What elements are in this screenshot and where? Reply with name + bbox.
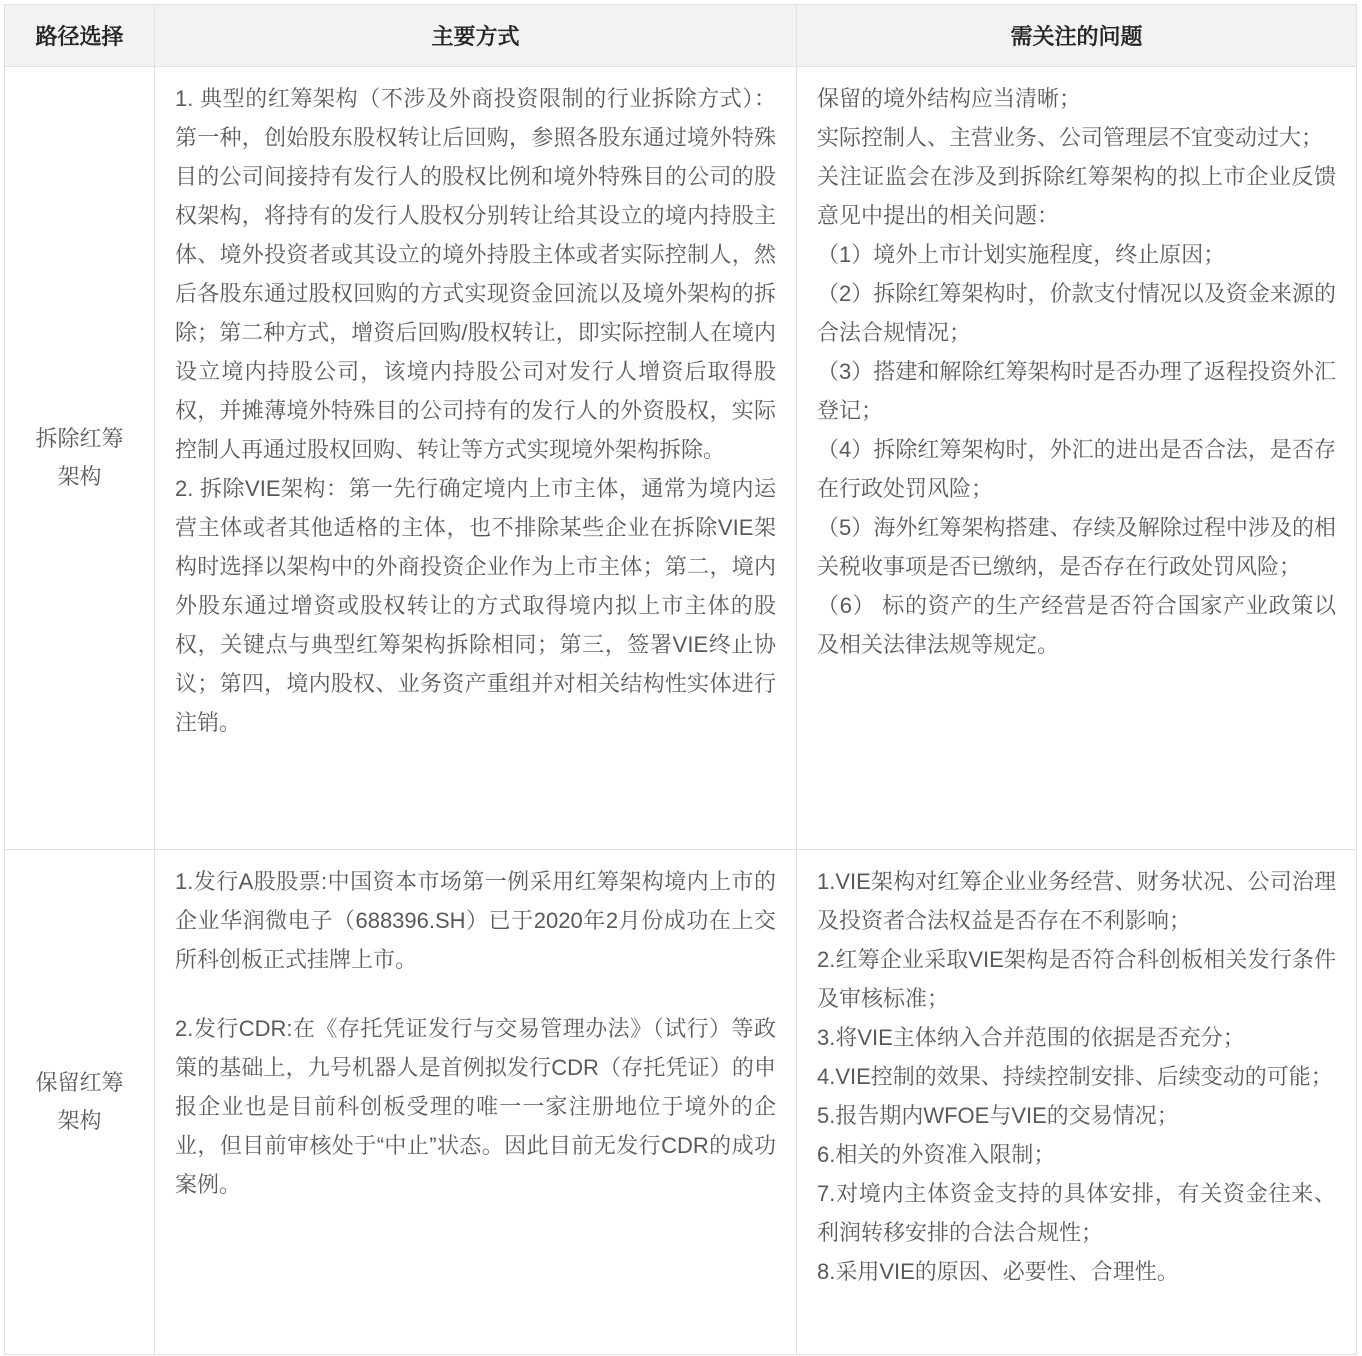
- method-paragraph: 2. 拆除VIE架构：第一先行确定境内上市主体，通常为境内运营主体或者其他适格的…: [175, 469, 776, 742]
- issue-paragraph: 2.红筹企业采取VIE架构是否符合科创板相关发行条件及审核标准；: [817, 940, 1336, 1018]
- issues-cell-dismantle: 保留的境外结构应当清晰； 实际控制人、主营业务、公司管理层不宜变动过大； 关注证…: [797, 67, 1357, 850]
- issue-paragraph: 5.报告期内WFOE与VIE的交易情况；: [817, 1096, 1336, 1135]
- header-main-methods: 主要方式: [155, 5, 797, 67]
- method-paragraph: 1.发行A股股票:中国资本市场第一例采用红筹架构境内上市的企业华润微电子（688…: [175, 862, 776, 979]
- table-row-dismantle-redchip: 拆除红筹架构 1. 典型的红筹架构（不涉及外商投资限制的行业拆除方式）：第一种，…: [5, 67, 1357, 850]
- issue-paragraph: 1.VIE架构对红筹企业业务经营、财务状况、公司治理及投资者合法权益是否存在不利…: [817, 862, 1336, 940]
- issue-paragraph: （3）搭建和解除红筹架构时是否办理了返程投资外汇登记；: [817, 352, 1336, 430]
- table-header-row: 路径选择 主要方式 需关注的问题: [5, 5, 1357, 67]
- header-issues-to-note: 需关注的问题: [797, 5, 1357, 67]
- path-label-dismantle: 拆除红筹架构: [5, 67, 155, 850]
- methods-cell-dismantle: 1. 典型的红筹架构（不涉及外商投资限制的行业拆除方式）：第一种，创始股东股权转…: [155, 67, 797, 850]
- method-paragraph: 1. 典型的红筹架构（不涉及外商投资限制的行业拆除方式）：第一种，创始股东股权转…: [175, 79, 776, 469]
- path-label-retain: 保留红筹架构: [5, 850, 155, 1355]
- issue-paragraph: （1）境外上市计划实施程度，终止原因；: [817, 235, 1336, 274]
- issue-paragraph: 保留的境外结构应当清晰；: [817, 79, 1336, 118]
- issue-paragraph: （2）拆除红筹架构时，价款支付情况以及资金来源的合法合规情况；: [817, 274, 1336, 352]
- issues-cell-retain: 1.VIE架构对红筹企业业务经营、财务状况、公司治理及投资者合法权益是否存在不利…: [797, 850, 1357, 1355]
- issue-paragraph: （5）海外红筹架构搭建、存续及解除过程中涉及的相关税收事项是否已缴纳，是否存在行…: [817, 508, 1336, 586]
- issue-paragraph: 关注证监会在涉及到拆除红筹架构的拟上市企业反馈意见中提出的相关问题：: [817, 157, 1336, 235]
- redchip-structure-table: 路径选择 主要方式 需关注的问题 拆除红筹架构 1. 典型的红筹架构（不涉及外商…: [4, 4, 1357, 1355]
- issue-paragraph: 8.采用VIE的原因、必要性、合理性。: [817, 1252, 1336, 1291]
- issue-paragraph: 3.将VIE主体纳入合并范围的依据是否充分；: [817, 1018, 1336, 1057]
- issue-paragraph: 实际控制人、主营业务、公司管理层不宜变动过大；: [817, 118, 1336, 157]
- page: 路径选择 主要方式 需关注的问题 拆除红筹架构 1. 典型的红筹架构（不涉及外商…: [0, 0, 1362, 1356]
- table-row-retain-redchip: 保留红筹架构 1.发行A股股票:中国资本市场第一例采用红筹架构境内上市的企业华润…: [5, 850, 1357, 1355]
- methods-cell-retain: 1.发行A股股票:中国资本市场第一例采用红筹架构境内上市的企业华润微电子（688…: [155, 850, 797, 1355]
- method-paragraph: 2.发行CDR:在《存托凭证发行与交易管理办法》（试行）等政策的基础上，九号机器…: [175, 1009, 776, 1204]
- issue-paragraph: 4.VIE控制的效果、持续控制安排、后续变动的可能；: [817, 1057, 1336, 1096]
- issue-paragraph: （6） 标的资产的生产经营是否符合国家产业政策以及相关法律法规等规定。: [817, 586, 1336, 664]
- issue-paragraph: （4）拆除红筹架构时，外汇的进出是否合法，是否存在行政处罚风险；: [817, 430, 1336, 508]
- issue-paragraph: 7.对境内主体资金支持的具体安排，有关资金往来、利润转移安排的合法合规性；: [817, 1174, 1336, 1252]
- issue-paragraph: 6.相关的外资准入限制；: [817, 1135, 1336, 1174]
- header-path-selection: 路径选择: [5, 5, 155, 67]
